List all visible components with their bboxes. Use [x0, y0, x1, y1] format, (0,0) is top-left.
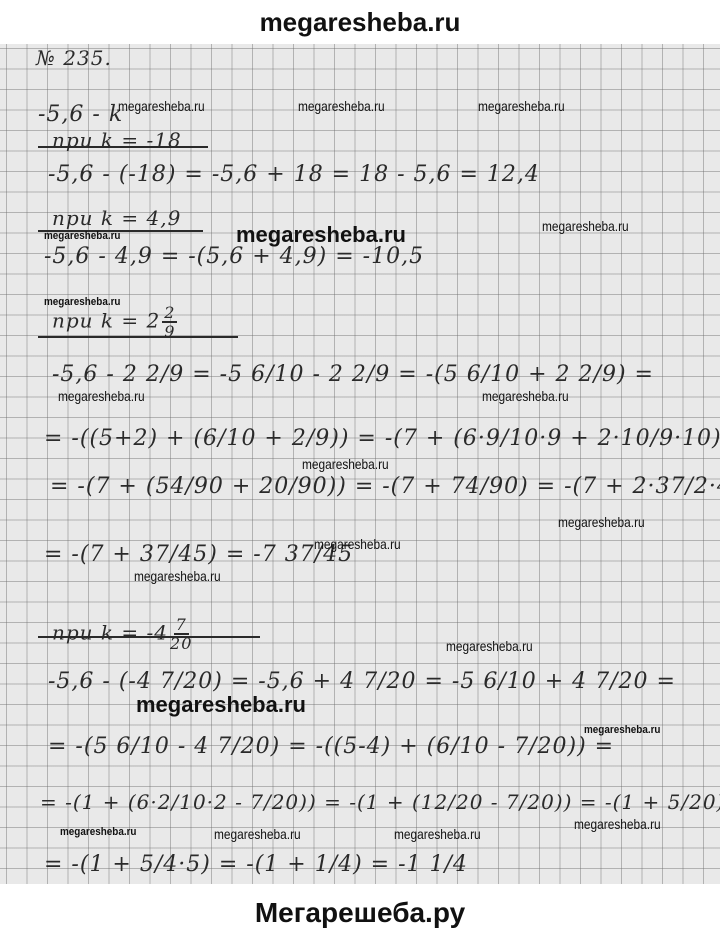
watermark: megaresheba.ru [478, 98, 565, 114]
watermark: megaresheba.ru [558, 514, 645, 530]
notebook-page: № 235. -5,6 - k при k = -18 -5,6 - (-18)… [0, 44, 720, 884]
watermark: megaresheba.ru [136, 692, 306, 718]
case-4-condition-fraction: 720 [170, 616, 192, 652]
case-3-condition: при k = 229 [52, 304, 179, 340]
watermark: megaresheba.ru [134, 568, 221, 584]
case-3-condition-prefix: при k = [52, 309, 139, 333]
watermark: megaresheba.ru [214, 826, 301, 842]
case-3-line-1: -5,6 - 2 2/9 = -5 6/10 - 2 2/9 = -(5 6/1… [52, 362, 654, 387]
watermark: megaresheba.ru [60, 826, 136, 838]
case-4-line-2: = -(5 6/10 - 4 7/20) = -((5-4) + (6/10 -… [48, 734, 614, 759]
site-header: megaresheba.ru [0, 0, 720, 44]
problem-expression: -5,6 - k [38, 102, 123, 127]
watermark: megaresheba.ru [118, 98, 205, 114]
case-3-line-2: = -((5+2) + (6/10 + 2/9)) = -(7 + (6·9/1… [44, 426, 720, 451]
watermark: megaresheba.ru [44, 230, 120, 242]
watermark: megaresheba.ru [584, 724, 660, 736]
watermark: megaresheba.ru [446, 638, 533, 654]
watermark: megaresheba.ru [574, 816, 661, 832]
watermark: megaresheba.ru [542, 218, 629, 234]
case-4-condition-prefix: при k = - [52, 621, 154, 645]
case-3-line-4: = -(7 + 37/45) = -7 37/45 [44, 542, 353, 567]
case-4-condition-whole: 4 [154, 621, 168, 645]
case-3-condition-fraction: 29 [162, 304, 177, 340]
case-1-line-1: -5,6 - (-18) = -5,6 + 18 = 18 - 5,6 = 12… [48, 162, 540, 187]
watermark: megaresheba.ru [58, 388, 145, 404]
case-4-line-4: = -(1 + 5/4·5) = -(1 + 1/4) = -1 1/4 [44, 852, 468, 877]
watermark: megaresheba.ru [298, 98, 385, 114]
watermark: megaresheba.ru [236, 222, 406, 248]
divider [38, 336, 238, 338]
case-4-condition: при k = -4720 [52, 616, 194, 652]
divider [38, 146, 208, 148]
watermark: megaresheba.ru [482, 388, 569, 404]
case-2-condition: при k = 4,9 [52, 206, 181, 230]
case-4-line-1: -5,6 - (-4 7/20) = -5,6 + 4 7/20 = -5 6/… [48, 669, 676, 694]
problem-number: № 235. [36, 46, 112, 70]
case-3-line-3: = -(7 + (54/90 + 20/90)) = -(7 + 74/90) … [50, 474, 720, 499]
watermark: megaresheba.ru [44, 296, 120, 308]
watermark: megaresheba.ru [302, 456, 389, 472]
watermark: megaresheba.ru [314, 536, 401, 552]
case-1-condition: при k = -18 [52, 128, 182, 152]
case-3-condition-whole: 2 [147, 309, 161, 333]
divider [38, 636, 260, 638]
site-footer: Мегарешеба.ру [0, 884, 720, 941]
case-4-line-3: = -(1 + (6·2/10·2 - 7/20)) = -(1 + (12/2… [40, 790, 720, 814]
watermark: megaresheba.ru [394, 826, 481, 842]
